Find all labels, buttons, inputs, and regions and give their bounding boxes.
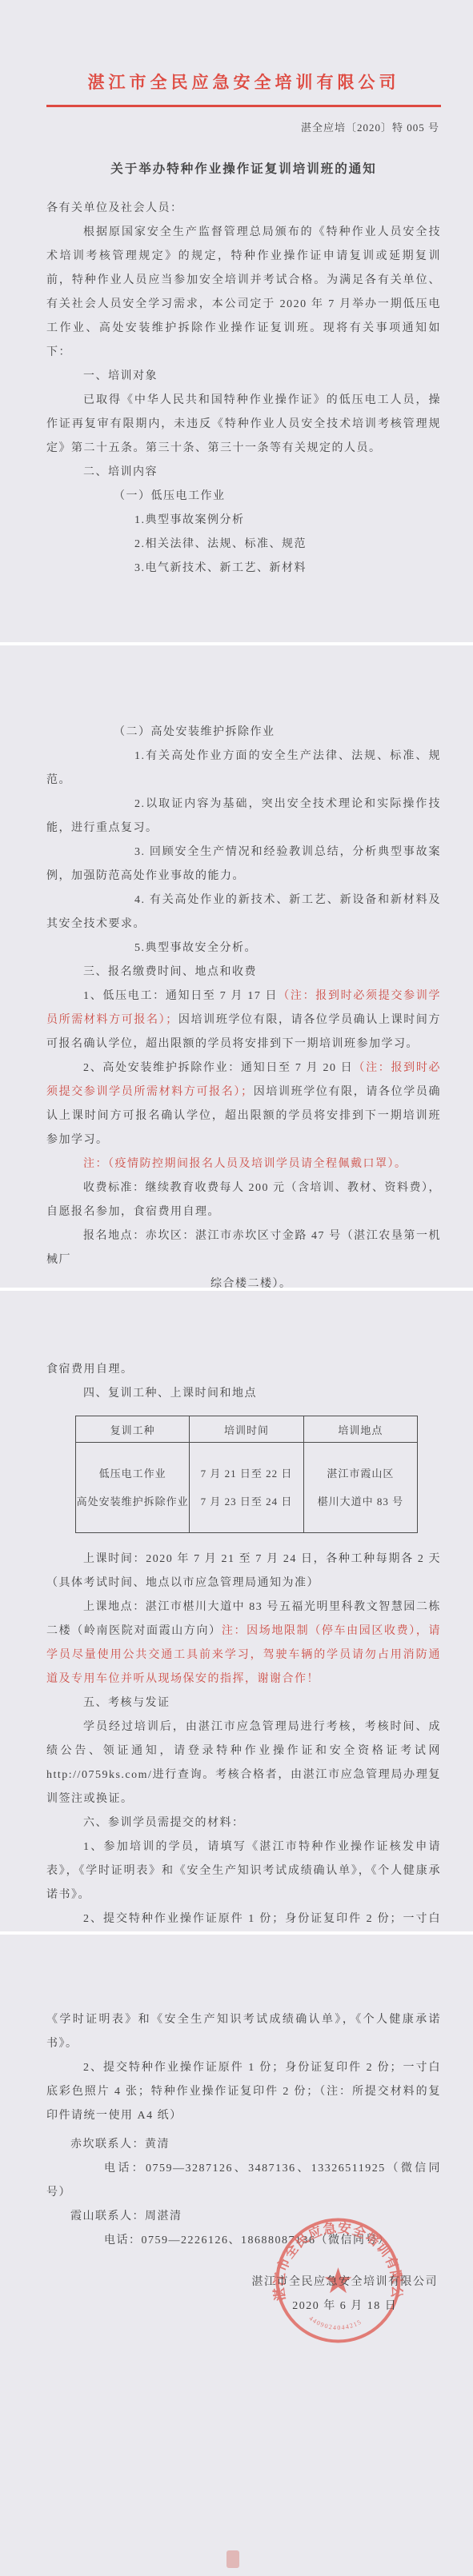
- page-4: 《学时证明表》和《安全生产知识考试成绩确认单》，《个人健康承诺书》。 2、提交特…: [0, 1935, 473, 2576]
- place-line: 湛江市霞山区: [304, 1460, 417, 1488]
- list-item: 5.典型事故安全分析。: [46, 937, 441, 961]
- col-header-place: 培训地点: [303, 1416, 417, 1443]
- registration-item-2-text: 2、高处安装维护拆除作业：通知日至 7 月 20 日: [83, 1062, 353, 1074]
- company-letterhead: 湛江市全民应急安全培训有限公司: [46, 69, 441, 96]
- col-header-worktype: 复训工种: [76, 1416, 190, 1443]
- document-number: 湛全应培〔2020〕特 005 号: [46, 118, 441, 138]
- covid-mask-note: 注：（疫情防控期间报名人员及培训学员请全程佩戴口罩）。: [46, 1152, 441, 1176]
- section-2-heading: 二、培训内容: [46, 461, 441, 485]
- contact-chikan: 赤坎联系人：黄清: [46, 2133, 441, 2157]
- worktype-line: 低压电工作业: [76, 1460, 189, 1488]
- page-1: 湛江市全民应急安全培训有限公司 湛全应培〔2020〕特 005 号 关于举办特种…: [0, 0, 473, 642]
- materials-item-1: 1、参加培训的学员，请填写《湛江市特种作业操作证核发申请表》，《学时证明表》和《…: [46, 1835, 441, 1907]
- list-item: 2.相关法律、法规、标准、规范: [46, 533, 441, 557]
- registration-item-1-text: 1、低压电工：通知日至 7 月 17 日: [83, 990, 278, 1002]
- signature-company: 湛江市全民应急安全培训有限公司: [252, 2270, 439, 2294]
- cell-worktype: 低压电工作业 高处安装维护拆除作业: [76, 1443, 190, 1533]
- fee-paragraph: 收费标准：继续教育收费每人 200 元（含培训、教材、资料费），自愿报名参加，食…: [46, 1176, 441, 1224]
- cell-place: 湛江市霞山区 椹川大道中 83 号: [303, 1443, 417, 1533]
- worktype-line: 高处安装维护拆除作业: [76, 1488, 189, 1516]
- list-item: 1.有关高处作业方面的安全生产法律、法规、标准、规范。: [46, 745, 441, 793]
- section-6-heading: 六、参训学员需提交的材料：: [46, 1811, 441, 1835]
- time-line: 7 月 21 日至 22 日: [190, 1460, 303, 1488]
- class-time-paragraph: 上课时间：2020 年 7 月 21 至 7 月 24 日，各种工种每期各 2 …: [46, 1548, 441, 1596]
- signature-block: 湛江市全民应急安全培训有限公司 2020 年 6 月 18 日: [252, 2270, 439, 2318]
- cell-time: 7 月 21 日至 22 日 7 月 23 日至 24 日: [190, 1443, 303, 1533]
- seal-fragment: [226, 2550, 239, 2568]
- intro-paragraph: 根据原国家安全生产监督管理总局颁布的《特种作业人员安全技术培训考核管理规定》的规…: [46, 221, 441, 365]
- contact-chikan-phone: 电话：0759—3287126、3487136、13326511925（微信同号…: [46, 2157, 441, 2205]
- registration-item-2: 2、高处安装维护拆除作业：通知日至 7 月 20 日（注：报到时必须提交参训学员…: [46, 1056, 441, 1152]
- list-item: 4. 有关高处作业的新技术、新工艺、新设备和新材料及其安全技术要求。: [46, 889, 441, 937]
- document-title: 关于举办特种作业操作证复训培训班的通知: [46, 158, 441, 181]
- list-item: 1.典型事故案例分析: [46, 509, 441, 533]
- section-1-body: 已取得《中华人民共和国特种作业操作证》的低压电工人员，操作证再复审有限期内，未违…: [46, 389, 441, 461]
- training-schedule-table: 复训工种 培训时间 培训地点 低压电工作业 高处安装维护拆除作业 7 月 21 …: [75, 1416, 418, 1533]
- list-item: 3. 回顾安全生产情况和经验教训总结，分析典型事故案例，加强防范高处作业事故的能…: [46, 841, 441, 889]
- list-item: 2.以取证内容为基础，突出安全技术理论和实际操作技能，进行重点复习。: [46, 793, 441, 841]
- place-line: 椹川大道中 83 号: [304, 1488, 417, 1516]
- registration-address-chikan: 报名地点：赤坎区：湛江市赤坎区寸金路 47 号（湛江农垦第一机械厂: [46, 1224, 441, 1272]
- page-3: 食宿费用自理。 四、复训工种、上课时间和地点 复训工种 培训时间 培训地点 低压…: [0, 1291, 473, 1931]
- carryover-line: 食宿费用自理。: [46, 1358, 441, 1382]
- table-row: 低压电工作业 高处安装维护拆除作业 7 月 21 日至 22 日 7 月 23 …: [76, 1443, 418, 1533]
- subsection-1-heading: （一）低压电工作业: [46, 485, 441, 509]
- col-header-time: 培训时间: [190, 1416, 303, 1443]
- registration-item-1: 1、低压电工：通知日至 7 月 17 日（注：报到时必须提交参训学员所需材料方可…: [46, 984, 441, 1056]
- subsection-2-heading: （二）高处安装维护拆除作业: [46, 721, 441, 745]
- carryover-line-2: 《学时证明表》和《安全生产知识考试成绩确认单》，《个人健康承诺书》。: [46, 2008, 441, 2056]
- section-5-heading: 五、考核与发证: [46, 1691, 441, 1715]
- list-item: 3.电气新技术、新工艺、新材料: [46, 557, 441, 581]
- section-5-body: 学员经过培训后，由湛江市应急管理局进行考核，考核时间、成绩公告、领证通知，请登录…: [46, 1715, 441, 1811]
- signature-date: 2020 年 6 月 18 日: [252, 2294, 439, 2318]
- section-4-heading: 四、复训工种、上课时间和地点: [46, 1382, 441, 1406]
- materials-item-2: 2、提交特种作业操作证原件 1 份；身份证复印件 2 份；一寸白底彩: [46, 1907, 441, 1931]
- table-header-row: 复训工种 培训时间 培训地点: [76, 1416, 418, 1443]
- salutation: 各有关单位及社会人员：: [46, 197, 441, 221]
- materials-item-2-full: 2、提交特种作业操作证原件 1 份；身份证复印件 2 份；一寸白底彩色照片 4 …: [46, 2056, 441, 2128]
- class-place-paragraph: 上课地点：湛江市椹川大道中 83 号五福光明里科教文智慧园二栋二楼（岭南医院对面…: [46, 1596, 441, 1691]
- registration-address-chikan-cont: 综合楼二楼）。: [46, 1272, 441, 1288]
- letterhead-divider: [46, 105, 441, 107]
- page-2: （二）高处安装维护拆除作业 1.有关高处作业方面的安全生产法律、法规、标准、规范…: [0, 645, 473, 1288]
- section-1-heading: 一、培训对象: [46, 365, 441, 389]
- section-3-heading: 三、报名缴费时间、地点和收费: [46, 961, 441, 984]
- time-line: 7 月 23 日至 24 日: [190, 1488, 303, 1516]
